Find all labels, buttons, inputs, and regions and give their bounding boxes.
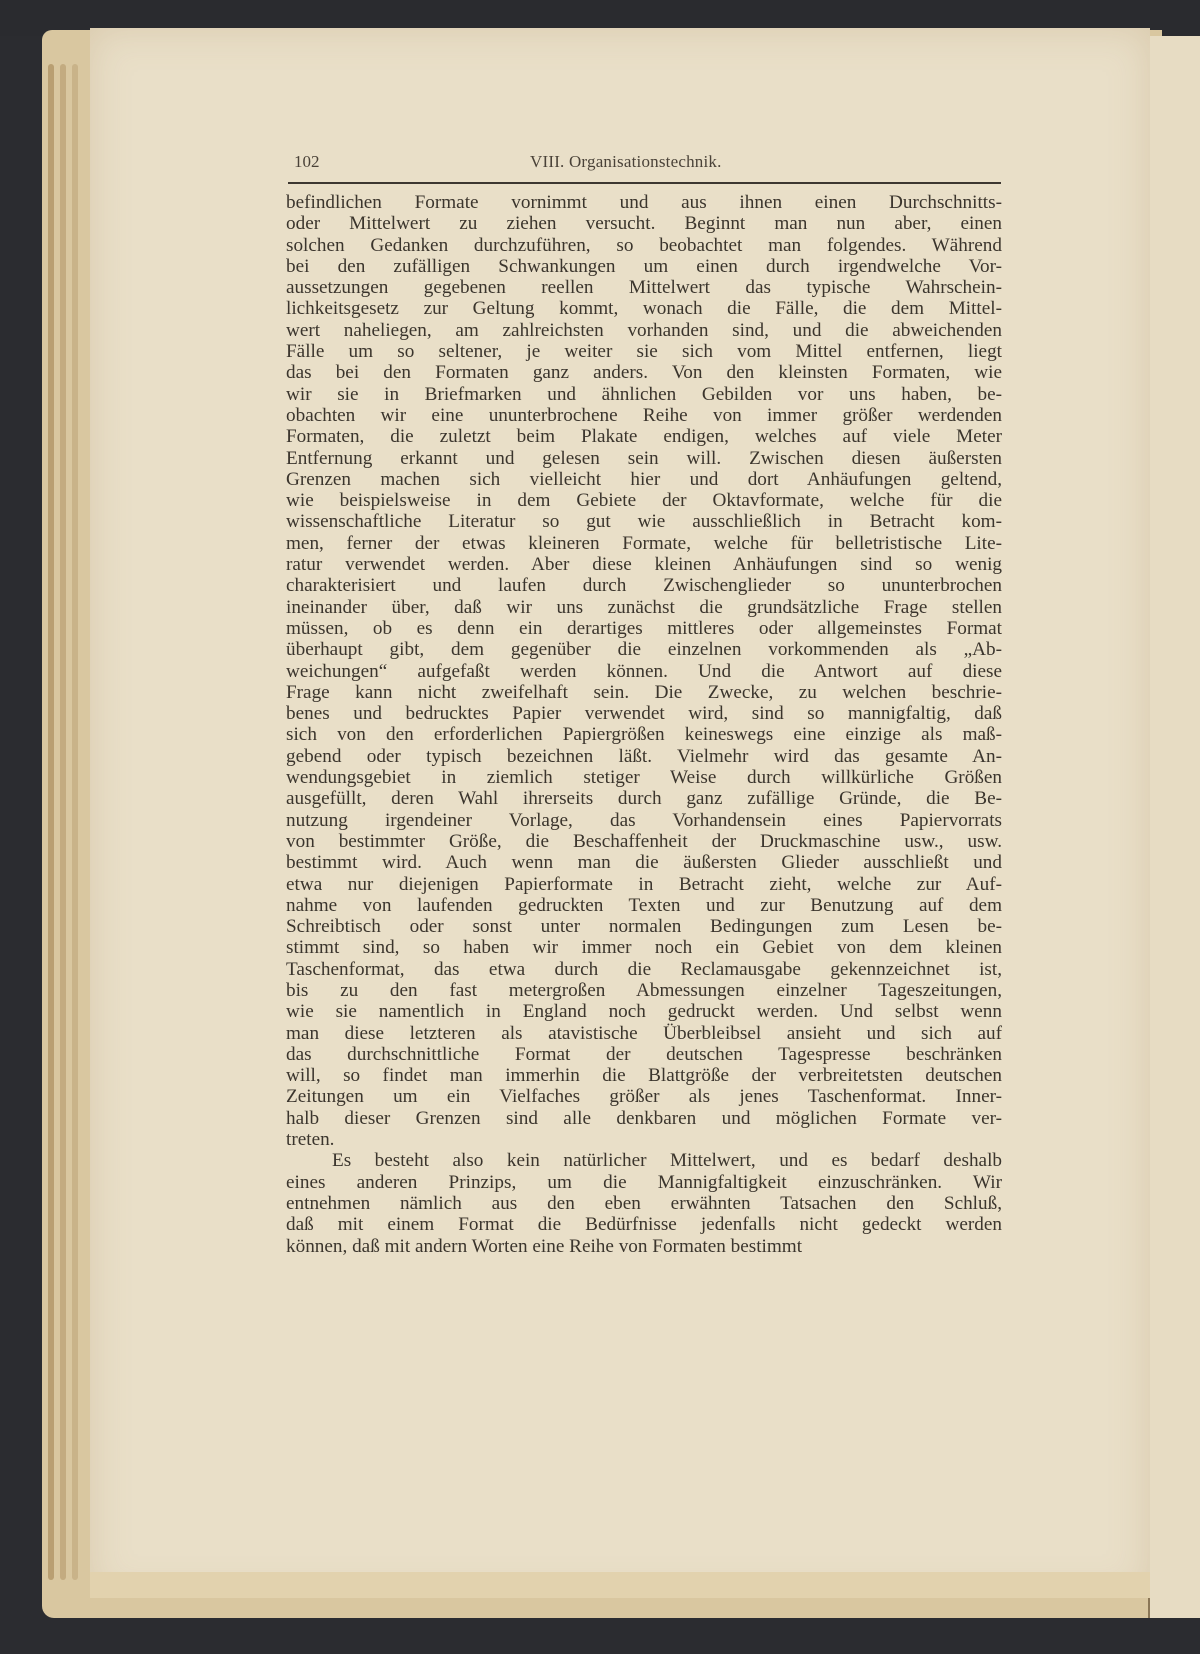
text-line: ausgefüllt, deren Wahl ihrerseits durch … — [286, 788, 1002, 809]
text-line: halb dieser Grenzen sind alle denkbaren … — [286, 1108, 1002, 1129]
text-line: nahme von laufenden gedruckten Texten un… — [286, 895, 1002, 916]
text-line: will, so findet man immerhin die Blattgr… — [286, 1065, 1002, 1086]
header-rule — [288, 182, 1001, 184]
text-line: wert naheliegen, am zahlreichsten vorhan… — [286, 320, 1002, 341]
text-line: treten. — [286, 1129, 1002, 1150]
text-line: sich von den erforderlichen Papiergrößen… — [286, 724, 1002, 745]
text-line: eines anderen Prinzips, um die Mannigfal… — [286, 1172, 1002, 1193]
text-line: gebend oder typisch bezeichnen läßt. Vie… — [286, 746, 1002, 767]
text-line: können, daß mit andern Worten eine Reihe… — [286, 1236, 1002, 1257]
body-text: befindlichen Formate vornimmt und aus ih… — [286, 192, 1002, 1257]
page-edge — [72, 64, 78, 1580]
text-line: wie beispielsweise in dem Gebiete der Ok… — [286, 490, 1002, 511]
text-line: men, ferner der etwas kleineren Formate,… — [286, 533, 1002, 554]
text-line: Zeitungen um ein Vielfaches größer als j… — [286, 1086, 1002, 1107]
text-line: wie sie namentlich in England noch gedru… — [286, 1001, 1002, 1022]
text-line: obachten wir eine ununterbrochene Reihe … — [286, 405, 1002, 426]
text-line: befindlichen Formate vornimmt und aus ih… — [286, 192, 1002, 213]
text-line: Es besteht also kein natürlicher Mittelw… — [286, 1150, 1002, 1171]
text-line: Grenzen machen sich vielleicht hier und … — [286, 469, 1002, 490]
text-line: müssen, ob es denn ein derartiges mittle… — [286, 618, 1002, 639]
text-line: Taschenformat, das etwa durch die Reclam… — [286, 959, 1002, 980]
chapter-title: VIII. Organisationstechnik. — [530, 152, 722, 172]
page-edge — [60, 64, 66, 1580]
text-line: charakterisiert und laufen durch Zwische… — [286, 575, 1002, 596]
text-line: man diese letzteren als atavistische Übe… — [286, 1023, 1002, 1044]
page-edge — [48, 64, 54, 1580]
text-line: benes und bedrucktes Papier verwendet wi… — [286, 703, 1002, 724]
text-line: wendungsgebiet in ziemlich stetiger Weis… — [286, 767, 1002, 788]
text-line: überhaupt gibt, dem gegenüber die einzel… — [286, 639, 1002, 660]
text-line: ineinander über, daß wir uns zunächst di… — [286, 597, 1002, 618]
text-line: wir sie in Briefmarken und ähnlichen Geb… — [286, 384, 1002, 405]
facing-page-edge — [1148, 36, 1200, 1618]
text-line: bestimmt wird. Auch wenn man die äußerst… — [286, 852, 1002, 873]
text-line: Frage kann nicht zweifelhaft sein. Die Z… — [286, 682, 1002, 703]
text-line: bis zu den fast metergroßen Abmessungen … — [286, 980, 1002, 1001]
text-line: etwa nur diejenigen Papierformate in Bet… — [286, 874, 1002, 895]
text-line: daß mit einem Format die Bedürfnisse jed… — [286, 1214, 1002, 1235]
text-line: von bestimmter Größe, die Beschaffenheit… — [286, 831, 1002, 852]
text-line: bei den zufälligen Schwankungen um einen… — [286, 256, 1002, 277]
text-line: Formaten, die zuletzt beim Plakate endig… — [286, 426, 1002, 447]
text-line: solchen Gedanken durchzuführen, so beoba… — [286, 235, 1002, 256]
text-line: stimmt sind, so haben wir immer noch ein… — [286, 937, 1002, 958]
text-line: das durchschnittliche Format der deutsch… — [286, 1044, 1002, 1065]
text-line: lichkeitsgesetz zur Geltung kommt, wonac… — [286, 298, 1002, 319]
text-line: aussetzungen gegebenen reellen Mittelwer… — [286, 277, 1002, 298]
text-line: weichungen“ aufgefaßt werden können. Und… — [286, 661, 1002, 682]
text-line: das bei den Formaten ganz anders. Von de… — [286, 362, 1002, 383]
page-bottom-stain — [90, 1572, 1150, 1598]
text-line: Fälle um so seltener, je weiter sie sich… — [286, 341, 1002, 362]
text-line: Entfernung erkannt und gelesen sein will… — [286, 448, 1002, 469]
text-line: ratur verwendet werden. Aber diese klein… — [286, 554, 1002, 575]
text-line: oder Mittelwert zu ziehen versucht. Begi… — [286, 213, 1002, 234]
text-line: Schreibtisch oder sonst unter normalen B… — [286, 916, 1002, 937]
text-line: entnehmen nämlich aus den eben erwähnten… — [286, 1193, 1002, 1214]
page-number: 102 — [294, 152, 320, 172]
running-head: 102 VIII. Organisationstechnik. — [294, 152, 1000, 178]
text-line: wissenschaftliche Literatur so gut wie a… — [286, 511, 1002, 532]
text-line: nutzung irgendeiner Vorlage, das Vorhand… — [286, 810, 1002, 831]
